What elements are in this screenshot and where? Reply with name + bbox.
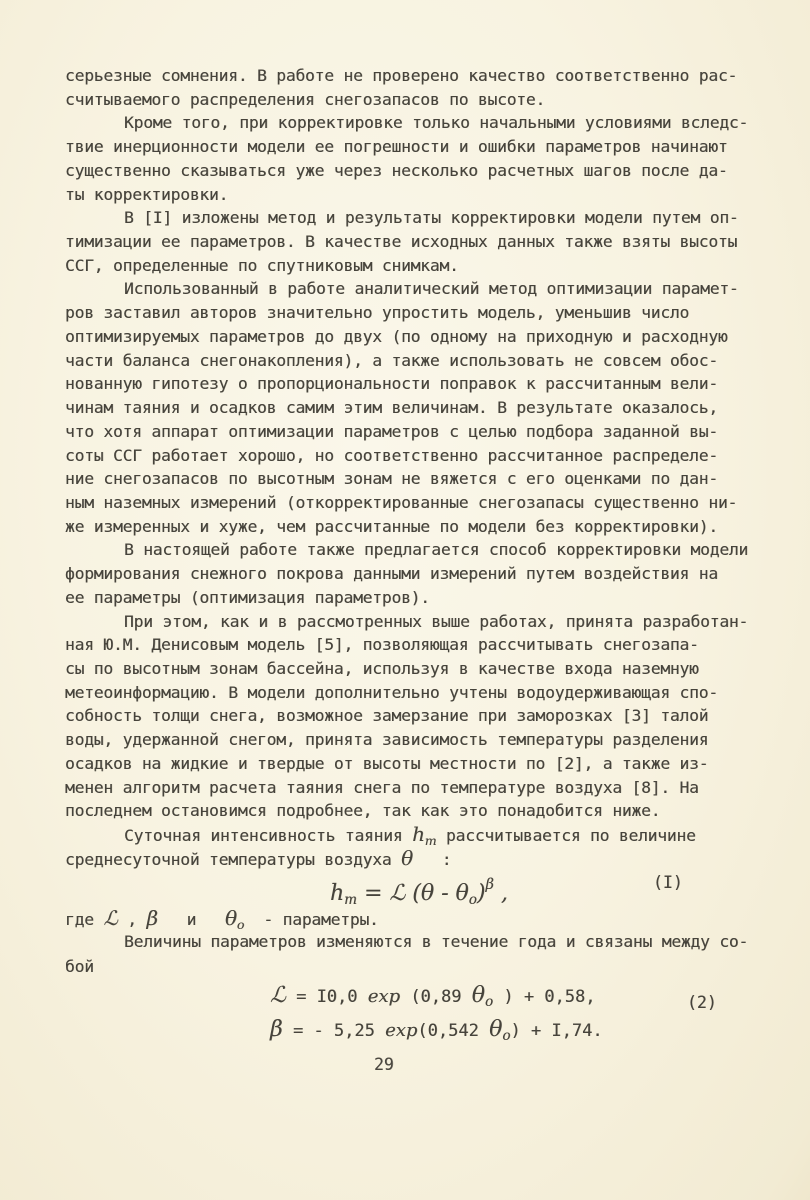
text-line: менен алгоритм расчета таяния снега по т… xyxy=(65,776,770,800)
text-line: твие инерционности модели ее погрешности… xyxy=(65,135,770,159)
text-segment: (0,542 xyxy=(417,1021,489,1041)
text-line: метеоинформацию. В модели дополнительно … xyxy=(65,681,770,705)
text-line: воды, удержанной снегом, принята зависим… xyxy=(65,728,770,752)
formula-symbol: ℒ xyxy=(103,906,117,930)
text-line: В [I] изложены метод и результаты коррек… xyxy=(65,206,770,230)
text-segment: менен алгоритм расчета таяния снега по т… xyxy=(65,778,699,797)
formula-symbol: exp xyxy=(385,1020,417,1041)
text-line: Кроме того, при корректировке только нач… xyxy=(65,111,770,135)
text-line: серьезные сомнения. В работе не проверен… xyxy=(65,64,770,88)
text-line: ная Ю.М. Денисовым модель [5], позволяющ… xyxy=(65,633,770,657)
text-line: считываемого распределения снегозапасов … xyxy=(65,88,770,112)
text-segment: = - 5,25 xyxy=(283,1021,385,1041)
text-line: β = - 5,25 exp(0,542 θo) + I,74. xyxy=(65,1013,770,1047)
text-segment: чинам таяния и осадков самим этим величи… xyxy=(65,398,718,417)
text-segment: , xyxy=(118,910,147,929)
text-segment: метеоинформацию. В модели дополнительно … xyxy=(65,683,718,702)
scanned-document-page: серьезные сомнения. В работе не проверен… xyxy=(0,0,810,1200)
page-number: 29 xyxy=(374,1055,394,1074)
text-line: ров заставил авторов значительно упрости… xyxy=(65,301,770,325)
text-segment: осадков на жидкие и твердые от высоты ме… xyxy=(65,754,708,773)
text-segment: и xyxy=(158,910,225,929)
text-segment: считываемого распределения снегозапасов … xyxy=(65,90,545,109)
text-line: Величины параметров изменяются в течение… xyxy=(65,930,770,954)
text-line: Использованный в работе аналитический ме… xyxy=(65,277,770,301)
text-segment: сы по высотным зонам бассейна, используя… xyxy=(65,659,699,678)
text-line: что хотя аппарат оптимизации параметров … xyxy=(65,420,770,444)
text-segment: бой xyxy=(65,957,94,976)
text-segment: тимизации ее параметров. В качестве исхо… xyxy=(65,232,737,251)
text-segment: Использованный в работе аналитический ме… xyxy=(124,279,739,298)
body-text: серьезные сомнения. В работе не проверен… xyxy=(65,64,770,870)
text-line: ние снегозапасов по высотным зонам не вя… xyxy=(65,467,770,491)
formula-symbol: exp xyxy=(368,986,400,1007)
text-segment: собность толщи снега, возможное замерзан… xyxy=(65,706,708,725)
text-segment: серьезные сомнения. В работе не проверен… xyxy=(65,66,737,85)
equation-2-rows: ℒ = I0,0 exp (0,89 θo ) + 0,58,β = - 5,2… xyxy=(65,979,770,1046)
text-line: соты ССГ работает хорошо, но соответстве… xyxy=(65,444,770,468)
text-line: существенно сказываться уже через нескол… xyxy=(65,159,770,183)
text-line: формирования снежного покрова данными из… xyxy=(65,562,770,586)
formula-symbol: h xyxy=(412,822,425,846)
formula-symbol: h xyxy=(330,881,344,906)
text-line: тимизации ее параметров. В качестве исхо… xyxy=(65,230,770,254)
text-line: Суточная интенсивность таяния hт рассчит… xyxy=(65,823,770,847)
text-segment: рассчитывается по величине xyxy=(436,826,695,845)
text-line: ССГ, определенные по спутниковым снимкам… xyxy=(65,254,770,278)
text-segment: При этом, как и в рассмотренных выше раб… xyxy=(124,612,748,631)
text-line: ℒ = I0,0 exp (0,89 θo ) + 0,58, xyxy=(65,979,770,1013)
text-segment: ным наземных измерений (откорректированн… xyxy=(65,493,737,512)
text-segment: же измеренных и хуже, чем рассчитанные п… xyxy=(65,517,718,536)
text-segment: ССГ, определенные по спутниковым снимкам… xyxy=(65,256,459,275)
formula-symbol: θ xyxy=(472,983,485,1008)
formula-symbol: θ xyxy=(225,906,237,930)
text-segment: последнем остановимся подробнее, так как… xyxy=(65,801,660,820)
text-segment: ров заставил авторов значительно упрости… xyxy=(65,303,689,322)
text-line: ее параметры (оптимизация параметров). xyxy=(65,586,770,610)
text-segment: Величины параметров изменяются в течение… xyxy=(124,932,748,951)
text-segment: В [I] изложены метод и результаты коррек… xyxy=(124,208,739,227)
text-line: оптимизируемых параметров до двух (по од… xyxy=(65,325,770,349)
text-segment: ние снегозапасов по высотным зонам не вя… xyxy=(65,469,718,488)
equation-2: ℒ = I0,0 exp (0,89 θo ) + 0,58,β = - 5,2… xyxy=(65,979,770,1049)
text-segment: нованную гипотезу о пропорциональности п… xyxy=(65,374,718,393)
text-line: последнем остановимся подробнее, так как… xyxy=(65,799,770,823)
text-line: осадков на жидкие и твердые от высоты ме… xyxy=(65,752,770,776)
text-segment: ная Ю.М. Денисовым модель [5], позволяющ… xyxy=(65,635,699,654)
formula-symbol: β xyxy=(270,1017,283,1042)
text-segment: ее параметры (оптимизация параметров). xyxy=(65,588,430,607)
text-segment: части баланса снегонакопления), а также … xyxy=(65,351,718,370)
formula-symbol: β xyxy=(146,906,157,930)
text-segment: Кроме того, при корректировке только нач… xyxy=(124,113,748,132)
text-segment: ) + 0,58, xyxy=(493,987,595,1007)
equation-1-number: (I) xyxy=(653,873,683,892)
text-line: собность толщи снега, возможное замерзан… xyxy=(65,704,770,728)
text-segment: Суточная интенсивность таяния xyxy=(124,826,412,845)
equation-1: hт = ℒ (θ - θo)β , (I) xyxy=(65,866,770,906)
text-line: ным наземных измерений (откорректированн… xyxy=(65,491,770,515)
text-segment: ) + I,74. xyxy=(510,1021,602,1041)
formula-symbol: β xyxy=(485,877,493,893)
text-line: части баланса снегонакопления), а также … xyxy=(65,349,770,373)
equation-2-number: (2) xyxy=(687,993,717,1012)
text-line: бой xyxy=(65,955,770,979)
text-segment: твие инерционности модели ее погрешности… xyxy=(65,137,728,156)
text-line: нованную гипотезу о пропорциональности п… xyxy=(65,372,770,396)
text-segment: существенно сказываться уже через нескол… xyxy=(65,161,728,180)
text-segment: ты корректировки. xyxy=(65,185,228,204)
text-segment: (0,89 xyxy=(400,987,472,1007)
text-segment: что хотя аппарат оптимизации параметров … xyxy=(65,422,718,441)
text-segment: соты ССГ работает хорошо, но соответстве… xyxy=(65,446,718,465)
text-line: где ℒ , β и θo - параметры. xyxy=(65,906,770,930)
formula-symbol: , xyxy=(494,881,508,906)
text-line: сы по высотным зонам бассейна, используя… xyxy=(65,657,770,681)
text-segment: воды, удержанной снегом, принята зависим… xyxy=(65,730,708,749)
formula-symbol: = ℒ (θ - θ xyxy=(357,881,469,906)
text-segment: формирования снежного покрова данными из… xyxy=(65,564,718,583)
text-segment: В настоящей работе также предлагается сп… xyxy=(124,540,748,559)
formula-symbol: o xyxy=(485,994,493,1010)
text-segment: - параметры. xyxy=(244,910,378,929)
formula-symbol: θ xyxy=(489,1017,502,1042)
parameters-text: где ℒ , β и θo - параметры.Величины пара… xyxy=(65,906,770,979)
text-line: При этом, как и в рассмотренных выше раб… xyxy=(65,610,770,634)
formula-symbol: ℒ xyxy=(270,983,286,1008)
formula-symbol: т xyxy=(425,833,437,848)
text-line: чинам таяния и осадков самим этим величи… xyxy=(65,396,770,420)
text-line: же измеренных и хуже, чем рассчитанные п… xyxy=(65,515,770,539)
text-segment: = I0,0 xyxy=(286,987,368,1007)
text-line: В настоящей работе также предлагается сп… xyxy=(65,538,770,562)
text-segment: где xyxy=(65,910,103,929)
text-line: ты корректировки. xyxy=(65,183,770,207)
text-segment: оптимизируемых параметров до двух (по од… xyxy=(65,327,728,346)
